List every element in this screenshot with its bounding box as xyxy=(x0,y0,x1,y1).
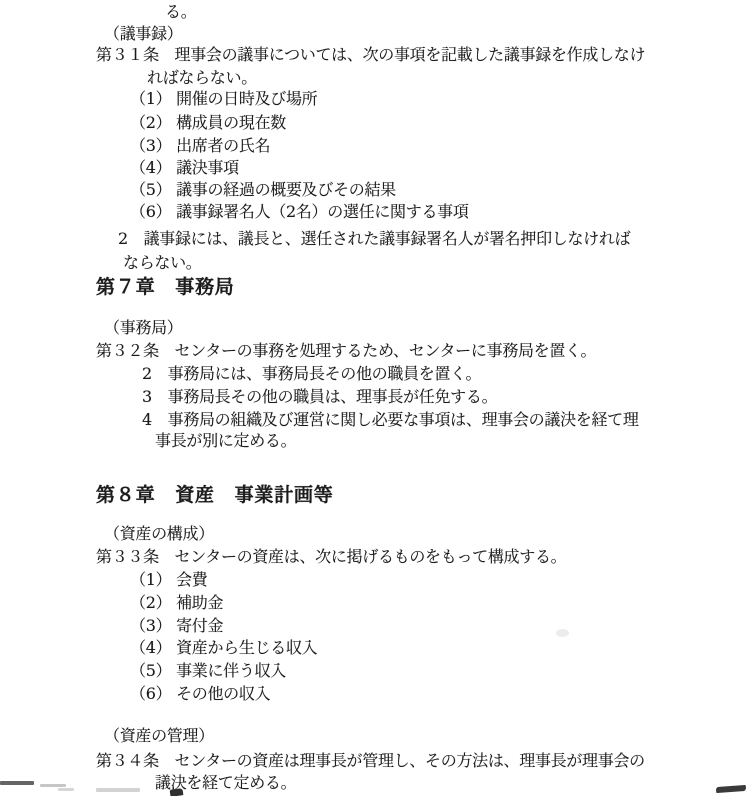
list-item: （4） 資産から生じる収入 xyxy=(130,638,317,657)
list-item: （6） 議事録署名人（2名）の選任に関する事項 xyxy=(130,202,469,221)
scan-artifact-dash xyxy=(58,788,74,791)
chapter-8-heading: 第８章 資産 事業計画等 xyxy=(96,486,334,505)
article-32-heading: 第３２条 センターの事務を処理するため、センターに事務局を置く。 xyxy=(96,341,596,360)
scan-artifact-dash xyxy=(40,784,66,787)
list-item: （5） 事業に伴う収入 xyxy=(130,661,286,680)
scan-artifact-cutoff-char xyxy=(170,788,184,796)
list-item: （1） 開催の日時及び場所 xyxy=(130,89,317,108)
article-32-paragraph-2: 2 事務局には、事務局長その他の職員を置く。 xyxy=(142,364,481,383)
scan-artifact-right-mark xyxy=(716,785,746,793)
list-item: （5） 議事の経過の概要及びその結果 xyxy=(130,180,396,199)
scan-artifact-dash xyxy=(0,781,34,785)
list-item: （3） 出席者の氏名 xyxy=(130,136,270,155)
paragraph-continuation: ならない。 xyxy=(123,253,202,272)
section-label-jimukyoku: （事務局） xyxy=(104,318,183,337)
list-item: （1） 会費 xyxy=(130,570,207,589)
article-31-paragraph-2: 2 議事録には、議長と、選任された議事録署名人が署名押印しなければ xyxy=(118,229,630,248)
document-page: る。 （議事録） 第３１条 理事会の議事については、次の事項を記載した議事録を作… xyxy=(0,0,750,796)
scan-artifact-dash xyxy=(96,788,140,792)
list-item: （3） 寄付金 xyxy=(130,616,223,635)
article-32-paragraph-4: 4 事務局の組織及び運営に関し必要な事項は、理事会の議決を経て理 xyxy=(142,410,639,429)
list-item: （2） 補助金 xyxy=(130,593,223,612)
scan-speck xyxy=(556,629,569,637)
section-label-gijiroku: （議事録） xyxy=(104,24,183,43)
article-32-paragraph-3: 3 事務局長その他の職員は、理事長が任免する。 xyxy=(142,387,497,406)
section-label-shisan-kosei: （資産の構成） xyxy=(104,524,214,543)
list-item: （4） 議決事項 xyxy=(130,158,239,177)
section-label-shisan-kanri: （資産の管理） xyxy=(104,726,214,745)
continuation-line: る。 xyxy=(165,2,196,21)
article-31-continuation: ればならない。 xyxy=(147,68,257,87)
paragraph-continuation: 事長が別に定める。 xyxy=(155,431,296,450)
article-33-heading: 第３３条 センターの資産は、次に掲げるものをもって構成する。 xyxy=(96,547,566,566)
chapter-7-heading: 第７章 事務局 xyxy=(96,278,235,297)
list-item: （2） 構成員の現在数 xyxy=(130,113,286,132)
list-item: （6） その他の収入 xyxy=(130,684,270,703)
article-31-heading: 第３１条 理事会の議事については、次の事項を記載した議事録を作成しなけ xyxy=(96,45,645,64)
article-34-heading: 第３４条 センターの資産は理事長が管理し、その方法は、理事長が理事会の xyxy=(96,751,645,770)
